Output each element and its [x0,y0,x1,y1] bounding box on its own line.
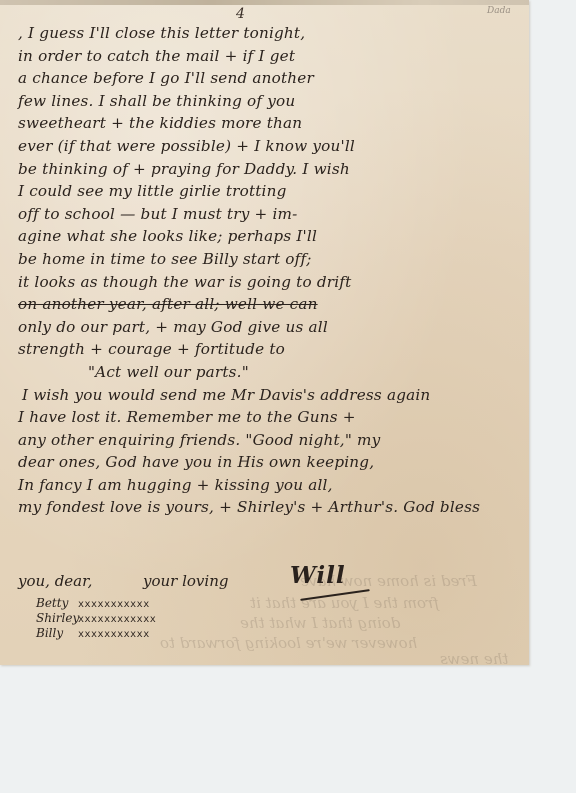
closing-line: you, dear, [18,572,92,590]
kiss-row: Shirley xxxxxxxxxxxx [36,611,156,626]
kiss-marks: xxxxxxxxxxx [78,629,150,640]
letter-line: few lines. I shall be thinking of you [18,90,518,113]
letter-line: be home in time to see Billy start off; [18,248,518,271]
letter-line: ever (if that were possible) + I know yo… [18,135,518,158]
letter-line: it looks as though the war is going to d… [18,271,518,294]
bleed-through-text: doing that I what the [240,614,400,632]
letter-line: agine what she looks like; perhaps I'll [18,225,518,248]
letter-line: dear ones, God have you in His own keepi… [18,451,518,474]
letter-line: my fondest love is yours, + Shirley's + … [18,496,518,519]
letter-line: off to school — but I must try + im- [18,203,518,226]
letter-page: Fred is home now have from the I you are… [0,0,529,665]
letter-line: on another year, after all; well we can [18,293,518,316]
kiss-name: Billy [36,626,78,640]
corner-note: Dada [487,6,511,16]
letter-line: sweetheart + the kiddies more than [18,112,518,135]
kiss-name: Shirley [36,611,78,625]
kiss-row: Betty xxxxxxxxxxx [36,596,156,611]
letter-line: In fancy I am hugging + kissing you all, [18,474,518,497]
kiss-marks: xxxxxxxxxxxx [78,614,156,625]
bleed-through-text: the news [440,650,508,668]
bleed-through-text: however we're looking forward to [160,634,417,652]
page-number: 4 [236,6,245,22]
bleed-through-text: from the I you are that it [250,594,439,612]
kiss-name: Betty [36,596,78,610]
letter-line: I could see my little girlie trotting [18,180,518,203]
letter-line: a chance before I go I'll send another [18,67,518,90]
letter-body: , I guess I'll close this letter tonight… [18,22,518,519]
kiss-marks: xxxxxxxxxxx [78,599,150,610]
letter-line: any other enquiring friends. "Good night… [18,429,518,452]
letter-line: only do our part, + may God give us all [18,316,518,339]
closing-phrase: your loving [143,572,228,590]
letter-line-quote: "Act well our parts." [18,361,518,384]
signature: Will [290,562,346,589]
kisses-list: Betty xxxxxxxxxxx Shirley xxxxxxxxxxxx B… [36,596,156,641]
letter-line: be thinking of + praying for Daddy. I wi… [18,158,518,181]
letter-line: I have lost it. Remember me to the Guns … [18,406,518,429]
paper-top-edge [0,0,529,5]
letter-line: I wish you would send me Mr Davis's addr… [18,384,518,407]
letter-line: in order to catch the mail + if I get [18,45,518,68]
signature-underline [300,589,370,601]
letter-line: strength + courage + fortitude to [18,338,518,361]
letter-line: , I guess I'll close this letter tonight… [18,22,518,45]
kiss-row: Billy xxxxxxxxxxx [36,626,156,641]
